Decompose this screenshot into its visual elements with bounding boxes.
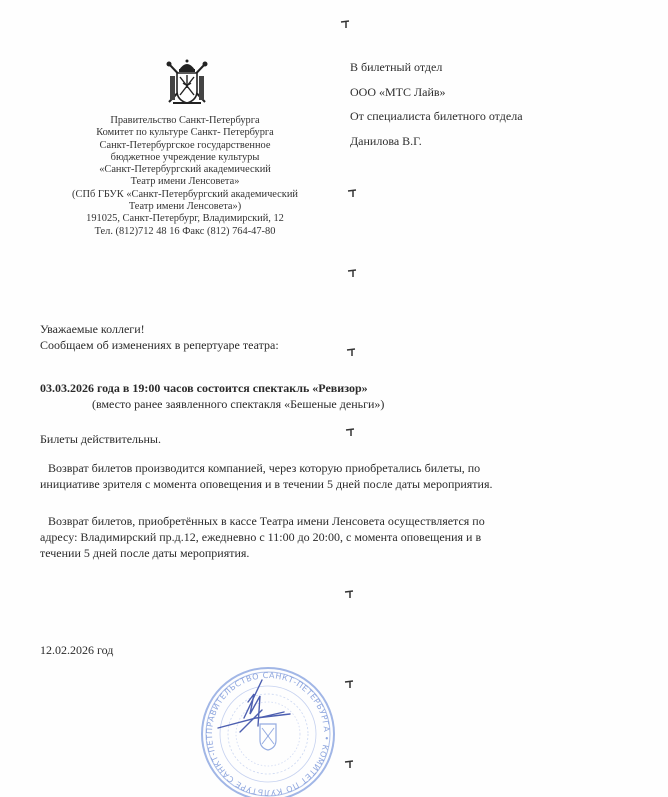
seal-ring-text: ПРАВИТЕЛЬСТВО САНКТ-ПЕТЕРБУРГА • КОМИТЕТ… <box>200 666 331 797</box>
recipient-company: ООО «МТС Лайв» <box>350 80 523 105</box>
paragraph-line: адресу: Владимирский пр.д.12, ежедневно … <box>40 529 640 545</box>
greeting-block: Уважаемые коллеги! Сообщаем об изменения… <box>40 322 279 353</box>
scan-artifact-mark <box>340 16 354 26</box>
announcement-block: 03.03.2026 года в 19:00 часов состоится … <box>40 380 384 412</box>
document-page: Правительство Санкт-Петербурга Комитет п… <box>0 0 668 797</box>
org-line: Комитет по культуре Санкт- Петербурга <box>40 127 330 139</box>
org-line: «Санкт-Петербургский академический <box>40 164 330 176</box>
paragraph-line: Возврат билетов, приобретённых в кассе Т… <box>40 513 640 529</box>
recipient-block: В билетный отдел ООО «МТС Лайв» От специ… <box>350 55 523 153</box>
org-line: (СПб ГБУК «Санкт-Петербургский академиче… <box>40 189 330 201</box>
org-line: Театр имени Ленсовета») <box>40 201 330 213</box>
org-address: 191025, Санкт-Петербург, Владимирский, 1… <box>40 213 330 225</box>
org-line: Театр имени Ленсовета» <box>40 176 330 188</box>
letter-date: 12.02.2026 год <box>40 643 113 658</box>
scan-artifact-mark <box>346 344 360 354</box>
official-seal-stamp: ПРАВИТЕЛЬСТВО САНКТ-ПЕТЕРБУРГА • КОМИТЕТ… <box>200 666 336 797</box>
org-line: бюджетное учреждение культуры <box>40 152 330 164</box>
scan-artifact-mark <box>347 185 361 195</box>
refund-paragraph-1: Возврат билетов производится компанией, … <box>40 460 660 492</box>
scan-artifact-mark <box>344 756 358 766</box>
svg-text:ПРАВИТЕЛЬСТВО САНКТ-ПЕТЕРБУРГА: ПРАВИТЕЛЬСТВО САНКТ-ПЕТЕРБУРГА • КОМИТЕТ… <box>200 666 331 797</box>
recipient-line: В билетный отдел <box>350 55 523 80</box>
org-phone-fax: Тел. (812)712 48 16 Факс (812) 764-47-80 <box>40 226 330 238</box>
sender-organization-block: Правительство Санкт-Петербурга Комитет п… <box>40 115 330 238</box>
refund-paragraph-2: Возврат билетов, приобретённых в кассе Т… <box>40 513 640 561</box>
paragraph-line: течении 5 дней после даты мероприятия. <box>40 545 640 561</box>
intro-text: Сообщаем об изменениях в репертуаре теат… <box>40 338 279 354</box>
scan-artifact-mark <box>344 676 358 686</box>
paragraph-line: Возврат билетов производится компанией, … <box>40 460 660 476</box>
announcement-note: (вместо ранее заявленного спектакля «Беш… <box>40 396 384 412</box>
salutation: Уважаемые коллеги! <box>40 322 279 338</box>
paragraph-line: инициативе зрителя с момента оповещения … <box>40 476 660 492</box>
scan-artifact-mark <box>347 265 361 275</box>
tickets-valid-text: Билеты действительны. <box>40 432 161 447</box>
org-line: Правительство Санкт-Петербурга <box>40 115 330 127</box>
coat-of-arms-icon <box>165 58 209 108</box>
sender-name: Данилова В.Г. <box>350 129 523 154</box>
scan-artifact-mark <box>344 586 358 596</box>
announcement-headline: 03.03.2026 года в 19:00 часов состоится … <box>40 380 384 396</box>
org-line: Санкт-Петербургское государственное <box>40 140 330 152</box>
sender-line: От специалиста билетного отдела <box>350 104 523 129</box>
scan-artifact-mark <box>345 424 359 434</box>
